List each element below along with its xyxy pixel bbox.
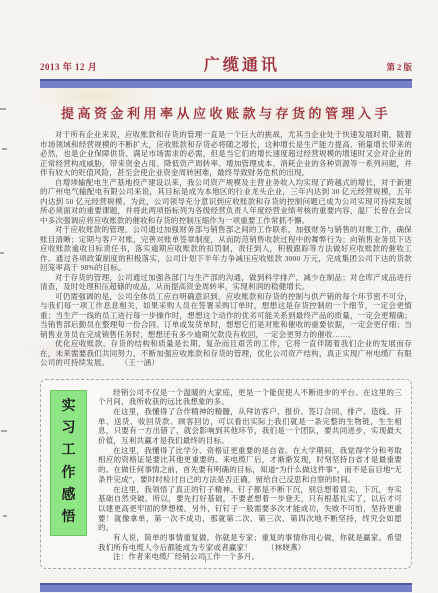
insight-paragraph: 有人说，简单的事情重复做，你就是专家；重复的事情你用心做，你就是赢家。希望我们所… xyxy=(98,533,402,552)
label-char: 悟 xyxy=(62,511,76,525)
article-paragraph: 对于应收账款的管理，公司通过加强财务部与销售部之间的工作联系，加强财务与销售的对… xyxy=(40,225,412,273)
page-content: 2013 年 12 月 广缆通讯 第 2 版 提高资金利用率从应收账款与存货的管… xyxy=(40,0,412,592)
masthead: 2013 年 12 月 广缆通讯 第 2 版 xyxy=(40,0,412,75)
insight-paragraph: 在这里，我懂得了比学分、资格证更重要的是自省。在大学期间，我觉得学分和考取相应的… xyxy=(98,446,402,485)
insight-paragraph: 经销公司不仅是一个温暖的大家庭，更是一个能促使人不断进步的平台。在这里的三个月间… xyxy=(98,388,402,407)
scan-artifact xyxy=(3,515,7,517)
article-paragraph: 可仍需强调的是，公司全体员工应自明确意识到，应收账款和存货的控制与供产销的每个环… xyxy=(40,292,412,340)
insight-author: （林晓燕） xyxy=(267,543,306,552)
label-char: 习 xyxy=(62,422,76,436)
scan-artifact xyxy=(0,252,4,254)
article-author: （王一涵） xyxy=(124,358,159,367)
scan-artifact xyxy=(0,108,6,110)
insight-note: 注：作者来电缆厂经销公司工作一个多月。 xyxy=(98,552,402,562)
insight-text: 经销公司不仅是一个温暖的大家庭，更是一个能促使人不断进步的平台。在这里的三个月间… xyxy=(98,388,402,563)
label-char: 工 xyxy=(62,444,76,458)
article-paragraph: 对于所有企业来说，应收账款和存货的管理一直是一个巨大的挑战，尤其当企业处于快速发… xyxy=(40,130,412,178)
newspaper-page: 2013 年 12 月 广缆通讯 第 2 版 提高资金利用率从应收账款与存货的管… xyxy=(0,0,438,593)
article-headline: 提高资金利用率从应收账款与存货的管理入手 xyxy=(40,103,412,122)
scan-artifact xyxy=(2,148,7,150)
scan-artifact xyxy=(1,430,7,432)
main-article: 提高资金利用率从应收账款与存货的管理入手 对于所有企业来说，应收账款和存货的管理… xyxy=(40,103,412,368)
article-paragraph-text: 优化应收账款、存货的结构和质量是长期、复杂而且艰苦的工作，它将一直伴随着我们企业… xyxy=(40,339,412,367)
edition-number: 第 2 版 xyxy=(386,61,412,73)
article-paragraph: 优化应收账款、存货的结构和质量是长期、复杂而且艰苦的工作，它将一直伴随着我们企业… xyxy=(40,339,412,368)
newspaper-title: 广缆通讯 xyxy=(204,52,280,75)
label-char: 感 xyxy=(62,489,76,503)
vertical-section-label: 实 习 工 作 感 悟 xyxy=(50,390,87,536)
label-char: 作 xyxy=(62,467,76,481)
label-char: 实 xyxy=(62,400,76,414)
insight-paragraph: 在这里，我懂得了合作精神的精髓，从拜访客户、报价、签订合同、排产、造线、开单、送… xyxy=(98,407,402,446)
insight-paragraph: 在这里，我领悟了真正的钉子精神。钉子都是不断下沉，别总想着冒尖，下沉，夯实基础自… xyxy=(98,485,402,534)
issue-date: 2013 年 12 月 xyxy=(40,60,97,73)
insight-paragraph-text: 有人说，简单的事情重复做，你就是专家；重复的事情你用心做，你就是赢家。希望我们所… xyxy=(98,533,402,552)
article-paragraph: 对于存货的管理，公司通过加强各部门与生产部的沟通，做到科学排产，减少在制品；对仓… xyxy=(40,273,412,292)
article-paragraph: 自增埗输配电生产基地投产建设以来，我公司资产规模及主营业务收入均实现了跨越式的增… xyxy=(40,178,412,226)
top-divider-bar xyxy=(40,79,412,88)
internship-insight-box: 实 习 工 作 感 悟 经销公司不仅是一个温暖的大家庭，更是一个能促使人不断进步… xyxy=(40,379,412,570)
bottom-divider-bar xyxy=(40,583,412,592)
scan-artifact xyxy=(205,556,206,563)
